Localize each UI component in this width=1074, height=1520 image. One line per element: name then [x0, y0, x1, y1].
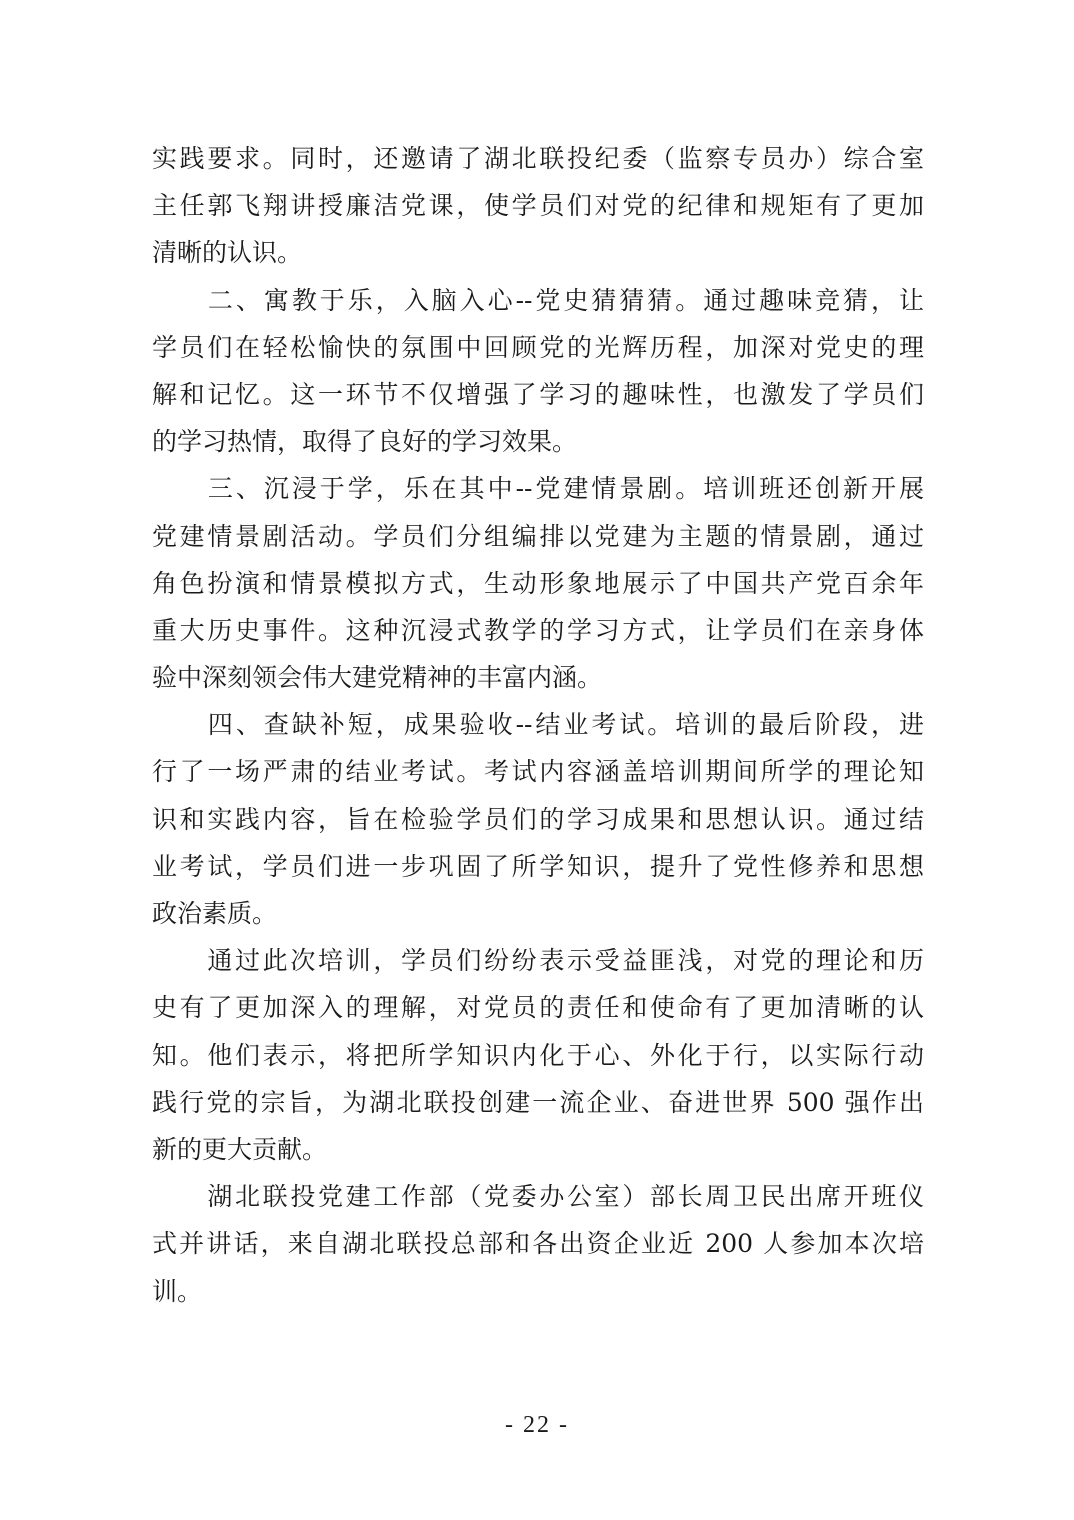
text-line: 通过此次培训，学员们纷纷表示受益匪浅，对党的理论和历	[152, 937, 924, 984]
text-line: 二、寓教于乐，入脑入心--党史猜猜猜。通过趣味竞猜，让	[152, 277, 924, 324]
text-line: 践行党的宗旨，为湖北联投创建一流企业、奋进世界 500 强作出	[152, 1079, 924, 1126]
text-line: 训。	[152, 1268, 924, 1315]
text-line: 清晰的认识。	[152, 229, 924, 276]
text-line: 识和实践内容，旨在检验学员们的学习成果和思想认识。通过结	[152, 796, 924, 843]
document-page: 实践要求。同时，还邀请了湖北联投纪委（监察专员办）综合室 主任郭飞翔讲授廉洁党课…	[0, 0, 1074, 1520]
text-line: 主任郭飞翔讲授廉洁党课，使学员们对党的纪律和规矩有了更加	[152, 182, 924, 229]
body-text: 实践要求。同时，还邀请了湖北联投纪委（监察专员办）综合室 主任郭飞翔讲授廉洁党课…	[152, 135, 924, 1315]
text-line: 重大历史事件。这种沉浸式教学的学习方式，让学员们在亲身体	[152, 607, 924, 654]
text-line: 解和记忆。这一环节不仅增强了学习的趣味性，也激发了学员们	[152, 371, 924, 418]
text-line: 史有了更加深入的理解，对党员的责任和使命有了更加清晰的认	[152, 984, 924, 1031]
page-number: - 22 -	[0, 1412, 1074, 1439]
text-line: 党建情景剧活动。学员们分组编排以党建为主题的情景剧，通过	[152, 513, 924, 560]
text-line: 业考试，学员们进一步巩固了所学知识，提升了党性修养和思想	[152, 843, 924, 890]
text-line: 实践要求。同时，还邀请了湖北联投纪委（监察专员办）综合室	[152, 135, 924, 182]
text-line: 三、沉浸于学，乐在其中--党建情景剧。培训班还创新开展	[152, 465, 924, 512]
text-line: 湖北联投党建工作部（党委办公室）部长周卫民出席开班仪	[152, 1173, 924, 1220]
text-line: 式并讲话，来自湖北联投总部和各出资企业近 200 人参加本次培	[152, 1220, 924, 1267]
text-line: 学员们在轻松愉快的氛围中回顾党的光辉历程，加深对党史的理	[152, 324, 924, 371]
text-line: 新的更大贡献。	[152, 1126, 924, 1173]
text-line: 验中深刻领会伟大建党精神的丰富内涵。	[152, 654, 924, 701]
text-line: 的学习热情，取得了良好的学习效果。	[152, 418, 924, 465]
text-line: 知。他们表示，将把所学知识内化于心、外化于行，以实际行动	[152, 1032, 924, 1079]
text-line: 四、查缺补短，成果验收--结业考试。培训的最后阶段，进	[152, 701, 924, 748]
text-line: 行了一场严肃的结业考试。考试内容涵盖培训期间所学的理论知	[152, 748, 924, 795]
text-line: 角色扮演和情景模拟方式，生动形象地展示了中国共产党百余年	[152, 560, 924, 607]
text-line: 政治素质。	[152, 890, 924, 937]
